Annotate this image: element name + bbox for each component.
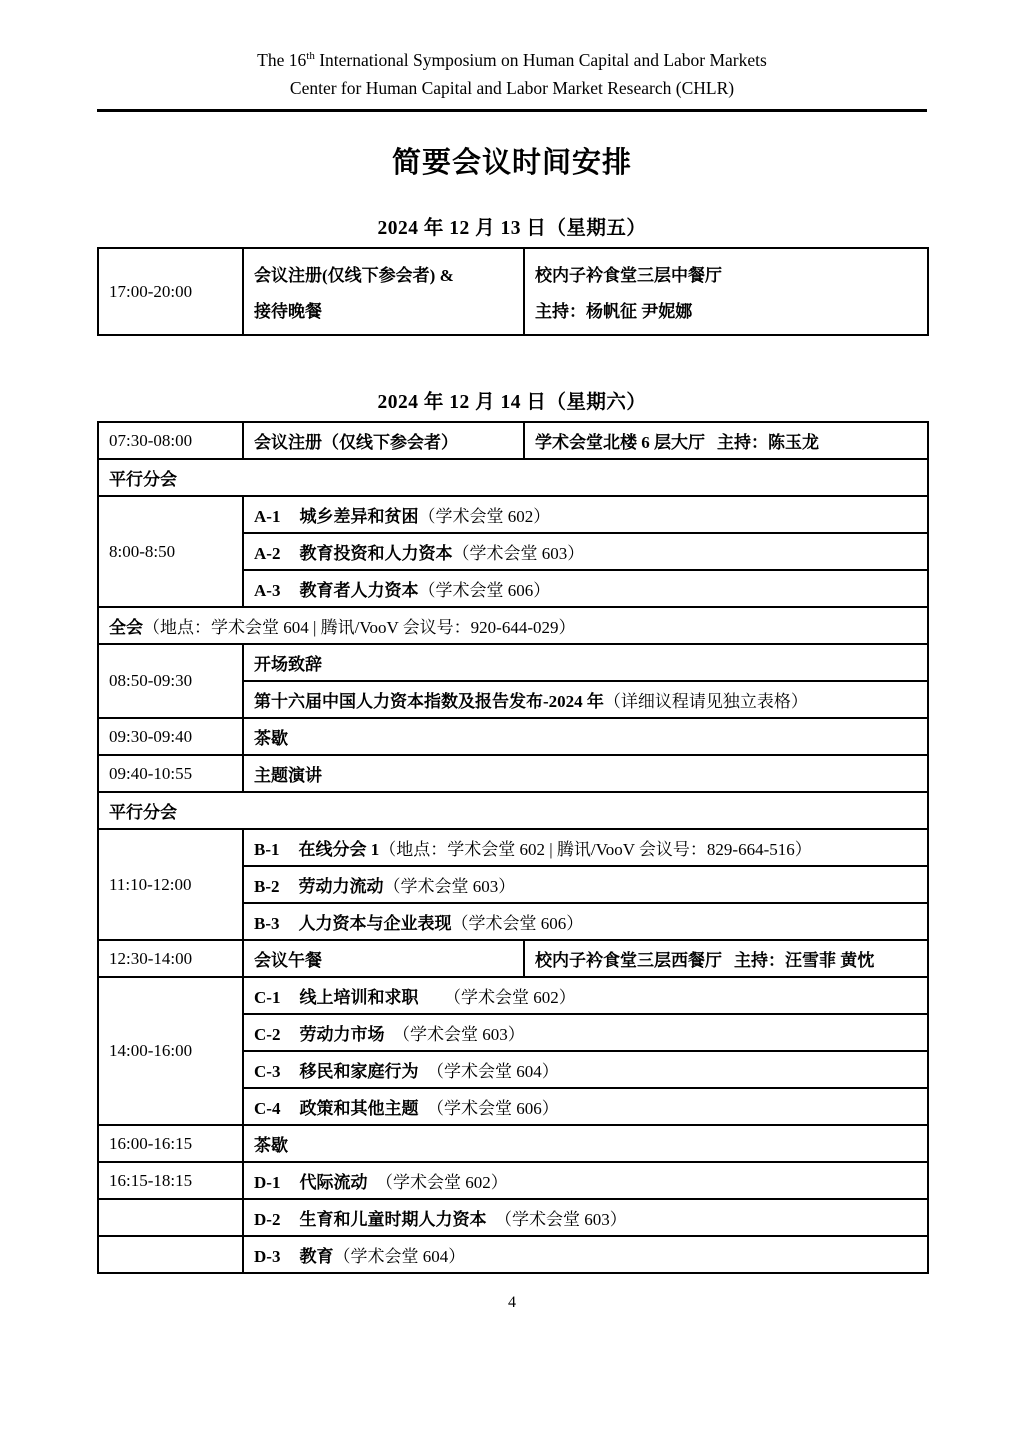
- host-text: 主持：汪雪菲 黄忱: [734, 951, 874, 970]
- session-title: 政策和其他主题: [299, 1099, 418, 1118]
- time-cell: 12:30-14:00: [98, 940, 243, 977]
- header-rule: [97, 109, 927, 112]
- plenary-label: 全会: [109, 618, 143, 637]
- session-code: B-3: [254, 914, 280, 933]
- table-row: 09:40-10:55 主题演讲: [98, 755, 928, 792]
- table-row: 12:30-14:00 会议午餐 校内子衿食堂三层西餐厅主持：汪雪菲 黄忱: [98, 940, 928, 977]
- session-code: D-2: [254, 1210, 280, 1229]
- session-cell-a3: A-3教育者人力资本（学术会堂 606）: [243, 570, 928, 607]
- session-code: B-1: [254, 840, 280, 859]
- tea-break-cell: 茶歇: [243, 718, 928, 755]
- table-row: 11:10-12:00 B-1在线分会 1（地点：学术会堂 602 | 腾讯/V…: [98, 829, 928, 866]
- time-cell: 07:30-08:00: [98, 422, 243, 459]
- header-line1-superscript: th: [306, 50, 315, 62]
- table-row: 14:00-16:00 C-1线上培训和求职 （学术会堂 602）: [98, 977, 928, 1014]
- document-header: The 16th International Symposium on Huma…: [97, 0, 927, 102]
- day1-table: 17:00-20:00 会议注册(仅线下参会者) & 接待晚餐 校内子衿食堂三层…: [97, 247, 929, 336]
- session-code: C-4: [254, 1099, 280, 1118]
- session-code: A-3: [254, 581, 280, 600]
- session-title: 教育: [299, 1247, 333, 1266]
- header-line1-rest: International Symposium on Human Capital…: [315, 50, 767, 70]
- index-release-title: 第十六届中国人力资本指数及报告发布-2024 年: [254, 692, 604, 711]
- time-cell: 16:00-16:15: [98, 1125, 243, 1162]
- time-cell: 09:40-10:55: [98, 755, 243, 792]
- session-venue-note: （地点：学术会堂 602 | 腾讯/VooV 会议号：829-664-516）: [379, 840, 812, 859]
- session-cell-b2: B-2劳动力流动（学术会堂 603）: [243, 866, 928, 903]
- time-cell: [98, 1236, 243, 1273]
- session-venue-note: （学术会堂 602）: [418, 507, 550, 526]
- table-row: 全会（地点：学术会堂 604 | 腾讯/VooV 会议号：920-644-029…: [98, 607, 928, 644]
- session-title: 劳动力市场: [299, 1025, 384, 1044]
- index-release-cell: 第十六届中国人力资本指数及报告发布-2024 年（详细议程请见独立表格）: [243, 681, 928, 718]
- venue-cell: 学术会堂北楼 6 层大厅主持：陈玉龙: [524, 422, 928, 459]
- session-cell-d2: D-2生育和儿童时期人力资本 （学术会堂 603）: [243, 1199, 928, 1236]
- session-cell-c2: C-2劳动力市场 （学术会堂 603）: [243, 1014, 928, 1051]
- session-venue-note: （学术会堂 606）: [418, 581, 550, 600]
- session-cell-b1: B-1在线分会 1（地点：学术会堂 602 | 腾讯/VooV 会议号：829-…: [243, 829, 928, 866]
- session-title: 教育者人力资本: [299, 581, 418, 600]
- header-line1-pre: The 16: [257, 50, 306, 70]
- tea-break-cell: 茶歇: [243, 1125, 928, 1162]
- day2-table: 07:30-08:00 会议注册（仅线下参会者） 学术会堂北楼 6 层大厅主持：…: [97, 421, 929, 1274]
- table-row: 17:00-20:00 会议注册(仅线下参会者) & 接待晚餐 校内子衿食堂三层…: [98, 248, 928, 335]
- session-title: 移民和家庭行为: [299, 1062, 418, 1081]
- parallel-session-label: 平行分会: [98, 792, 928, 829]
- table-row: 8:00-8:50 A-1城乡差异和贫困（学术会堂 602）: [98, 496, 928, 533]
- session-code: C-3: [254, 1062, 280, 1081]
- table-row: 平行分会: [98, 459, 928, 496]
- lunch-cell: 会议午餐: [243, 940, 524, 977]
- page-title: 简要会议时间安排: [97, 140, 927, 181]
- table-row: 07:30-08:00 会议注册（仅线下参会者） 学术会堂北楼 6 层大厅主持：…: [98, 422, 928, 459]
- session-title: 教育投资和人力资本: [299, 544, 452, 563]
- venue-text: 学术会堂北楼 6 层大厅: [535, 433, 705, 452]
- session-venue-note: （学术会堂 602）: [418, 988, 575, 1007]
- page-content: The 16th International Symposium on Huma…: [97, 0, 927, 1312]
- header-line-1: The 16th International Symposium on Huma…: [97, 46, 927, 74]
- time-cell: 14:00-16:00: [98, 977, 243, 1125]
- table-row: 16:15-18:15 D-1代际流动 （学术会堂 602）: [98, 1162, 928, 1199]
- session-title: 人力资本与企业表现: [299, 914, 452, 933]
- session-venue-note: （学术会堂 604）: [418, 1062, 558, 1081]
- session-venue-note: （学术会堂 603）: [384, 1025, 524, 1044]
- session-cell-a1: A-1城乡差异和贫困（学术会堂 602）: [243, 496, 928, 533]
- session-cell-b3: B-3人力资本与企业表现（学术会堂 606）: [243, 903, 928, 940]
- venue-line: 校内子衿食堂三层中餐厅: [535, 261, 919, 286]
- day1-heading: 2024 年 12 月 13 日（星期五）: [97, 212, 927, 240]
- table-row: 平行分会: [98, 792, 928, 829]
- session-venue-note: （学术会堂 606）: [418, 1099, 558, 1118]
- time-cell: 08:50-09:30: [98, 644, 243, 718]
- session-title: 在线分会 1: [299, 840, 380, 859]
- event-line-1: 会议注册(仅线下参会者) &: [254, 261, 515, 286]
- time-cell: 8:00-8:50: [98, 496, 243, 607]
- session-title: 代际流动: [299, 1173, 367, 1192]
- event-cell: 会议注册(仅线下参会者) & 接待晚餐: [243, 248, 524, 335]
- session-title: 劳动力流动: [299, 877, 384, 896]
- header-line-2: Center for Human Capital and Labor Marke…: [97, 74, 927, 102]
- table-row: 08:50-09:30 开场致辞: [98, 644, 928, 681]
- session-venue-note: （学术会堂 603）: [384, 877, 516, 896]
- venue-text: 校内子衿食堂三层西餐厅: [535, 951, 722, 970]
- event-cell: 会议注册（仅线下参会者）: [243, 422, 524, 459]
- session-code: D-1: [254, 1173, 280, 1192]
- session-venue-note: （学术会堂 603）: [452, 544, 584, 563]
- table-row: D-3教育（学术会堂 604）: [98, 1236, 928, 1273]
- parallel-session-label: 平行分会: [98, 459, 928, 496]
- session-venue-note: （学术会堂 606）: [452, 914, 584, 933]
- time-cell: 11:10-12:00: [98, 829, 243, 940]
- plenary-note: （地点：学术会堂 604 | 腾讯/VooV 会议号：920-644-029）: [143, 618, 576, 637]
- session-code: D-3: [254, 1247, 280, 1266]
- session-code: C-1: [254, 988, 280, 1007]
- time-cell: [98, 1199, 243, 1236]
- session-cell-c3: C-3移民和家庭行为 （学术会堂 604）: [243, 1051, 928, 1088]
- session-code: A-2: [254, 544, 280, 563]
- session-venue-note: （学术会堂 604）: [333, 1247, 465, 1266]
- session-title: 生育和儿童时期人力资本: [299, 1210, 486, 1229]
- footer-page-number: 4: [97, 1294, 927, 1312]
- day2-heading: 2024 年 12 月 14 日（星期六）: [97, 386, 927, 414]
- session-cell-c4: C-4政策和其他主题 （学术会堂 606）: [243, 1088, 928, 1125]
- time-cell: 17:00-20:00: [98, 248, 243, 335]
- table-row: 09:30-09:40 茶歇: [98, 718, 928, 755]
- host-text: 主持：陈玉龙: [717, 433, 819, 452]
- session-code: A-1: [254, 507, 280, 526]
- session-cell-c1: C-1线上培训和求职 （学术会堂 602）: [243, 977, 928, 1014]
- session-venue-note: （学术会堂 603）: [486, 1210, 626, 1229]
- session-code: B-2: [254, 877, 280, 896]
- time-cell: 09:30-09:40: [98, 718, 243, 755]
- session-code: C-2: [254, 1025, 280, 1044]
- table-row: D-2生育和儿童时期人力资本 （学术会堂 603）: [98, 1199, 928, 1236]
- session-title: 线上培训和求职: [299, 988, 418, 1007]
- session-title: 城乡差异和贫困: [299, 507, 418, 526]
- keynote-cell: 主题演讲: [243, 755, 928, 792]
- venue-cell: 校内子衿食堂三层中餐厅 主持：杨帆征 尹妮娜: [524, 248, 928, 335]
- event-line-2: 接待晚餐: [254, 297, 515, 322]
- session-cell-d3: D-3教育（学术会堂 604）: [243, 1236, 928, 1273]
- session-cell-a2: A-2教育投资和人力资本（学术会堂 603）: [243, 533, 928, 570]
- venue-cell: 校内子衿食堂三层西餐厅主持：汪雪菲 黄忱: [524, 940, 928, 977]
- session-venue-note: （学术会堂 602）: [367, 1173, 507, 1192]
- index-release-note: （详细议程请见独立表格）: [604, 692, 808, 711]
- table-row: 16:00-16:15 茶歇: [98, 1125, 928, 1162]
- opening-remarks-cell: 开场致辞: [243, 644, 928, 681]
- host-line: 主持：杨帆征 尹妮娜: [535, 297, 919, 322]
- time-cell: 16:15-18:15: [98, 1162, 243, 1199]
- session-cell-d1: D-1代际流动 （学术会堂 602）: [243, 1162, 928, 1199]
- plenary-label-cell: 全会（地点：学术会堂 604 | 腾讯/VooV 会议号：920-644-029…: [98, 607, 928, 644]
